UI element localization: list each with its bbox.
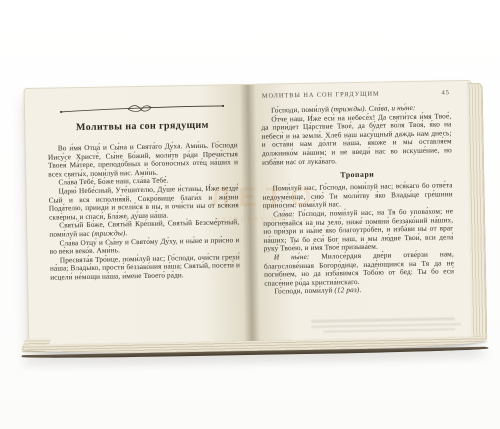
right-page: МОЛИТВЫ НА СОН ГРЯДУЩИМ 45 Го́споди, пом… xyxy=(248,81,476,343)
paragraph: Царю́ Небе́сный, Уте́шителю, Ду́ше и́сти… xyxy=(49,184,240,222)
paragraph: Сла́ва: Го́споди, поми́луй нас, на Тя бо… xyxy=(263,207,454,253)
section-heading: Тропари xyxy=(262,168,452,180)
divider-ornament-icon xyxy=(58,100,226,115)
fore-edge-right xyxy=(467,83,488,342)
right-page-text-bottom: Поми́луй нас, Го́споди, поми́луй нас; вс… xyxy=(262,181,454,296)
book-photo: Молитвы на сон грядущим Во и́мя Отца́ и … xyxy=(0,0,500,429)
page-number: 45 xyxy=(442,89,450,96)
left-page-text: Во и́мя Отца́ и Сы́на и Свята́го Ду́ха. … xyxy=(48,141,240,282)
left-page: Молитвы на сон грядущим Во и́мя Отца́ и … xyxy=(25,85,253,347)
paragraph: О́тче наш, И́же еси́ на небесе́х! Да свя… xyxy=(261,112,452,167)
show-through-text xyxy=(311,315,461,336)
running-header: МОЛИТВЫ НА СОН ГРЯДУЩИМ 45 xyxy=(262,89,450,99)
open-book: Молитвы на сон грядущим Во и́мя Отца́ и … xyxy=(24,80,475,346)
paragraph: Пресвята́я Тро́ице, поми́луй нас; Го́спо… xyxy=(50,253,240,282)
right-page-text-top: Го́споди, поми́луй (трижды). Сла́ва, и н… xyxy=(261,103,452,167)
book-spread: Молитвы на сон грядущим Во и́мя Отца́ и … xyxy=(24,80,477,348)
running-header-title: МОЛИТВЫ НА СОН ГРЯДУЩИМ xyxy=(262,91,380,100)
paragraph: Го́споди, поми́луй (12 раз). xyxy=(264,285,454,297)
paragraph: Во и́мя Отца́ и Сы́на и Свята́го Ду́ха. … xyxy=(48,141,239,179)
chapter-title: Молитвы на сон грядущим xyxy=(47,119,237,133)
paragraph: И ны́не: Милосе́рдия две́ри отве́рзи нам… xyxy=(264,250,455,288)
